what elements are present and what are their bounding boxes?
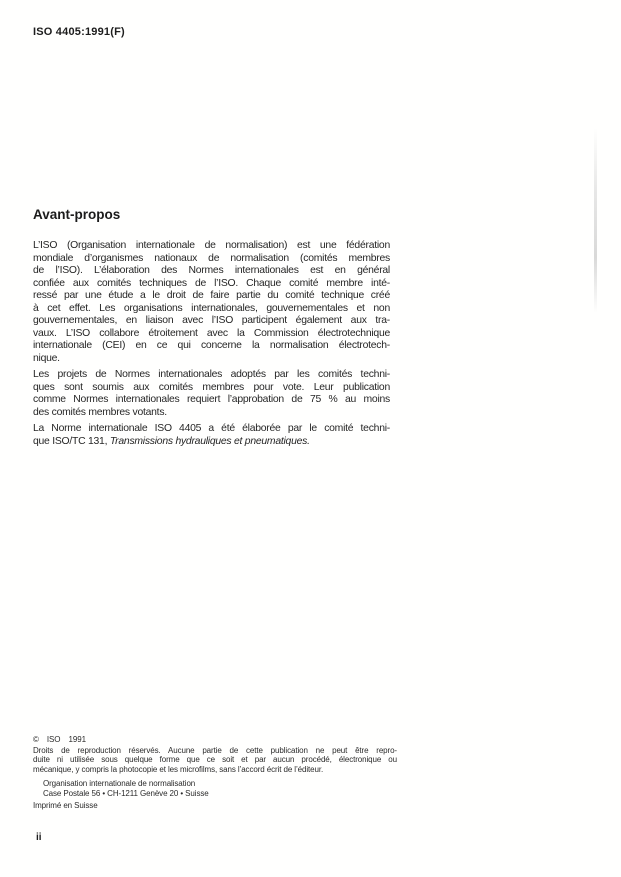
publisher-address: Case Postale 56 • CH-1211 Genève 20 • Su… [43,789,397,799]
text-line: confiée aux comités techniques de l’ISO.… [33,278,390,291]
text-line: La Norme internationale ISO 4405 a été é… [33,423,390,436]
text-line: vaux. L’ISO collabore étroitement avec l… [33,328,390,341]
text-line: à cet effet. Les organisations internati… [33,303,390,316]
text-line: Les projets de Normes internationales ad… [33,369,390,382]
rights-statement: Droits de reproduction réservés. Aucune … [33,746,397,775]
printed-in-statement: Imprimé en Suisse [33,801,397,811]
text-line: de l’ISO). L’élaboration des Normes inte… [33,265,390,278]
text-line: L’ISO (Organisation internationale de no… [33,240,390,253]
page-number: ii [36,832,42,843]
text-line: duite ni utilisée sous quelque forme que… [33,755,397,765]
text-line: que ISO/TC 131, Transmissions hydrauliqu… [33,436,390,449]
imprint-block: © ISO 1991 Droits de reproduction réserv… [33,735,397,811]
text-line: internationale (CEI) en ce qui concerne … [33,340,390,353]
document-page: ISO 4405:1991(F) Avant-propos L’ISO (Org… [0,0,621,877]
text-line: ques sont soumis aux comités membres pou… [33,382,390,395]
document-reference: ISO 4405:1991(F) [33,26,125,38]
text-line: ressé par une étude a le droit de faire … [33,290,390,303]
foreword-paragraph-1: L’ISO (Organisation internationale de no… [33,240,390,365]
text-line: des comités membres votants. [33,407,390,420]
committee-title-italic: Transmissions hydrauliques et pneumatiqu… [110,436,310,447]
text-line: gouvernementales, en liaison avec l’ISO … [33,315,390,328]
text-line: comme Normes internationales requiert l’… [33,394,390,407]
committee-reference: que ISO/TC 131, [33,436,110,447]
text-line: mécanique, y compris la photocopie et le… [33,765,397,775]
text-line: mondiale d’organismes nationaux de norma… [33,253,390,266]
foreword-paragraph-3: La Norme internationale ISO 4405 a été é… [33,423,390,448]
copyright-notice: © ISO 1991 [33,735,397,745]
publisher-block: Organisation internationale de normalisa… [33,779,397,798]
text-line: nique. [33,353,390,366]
text-line: Droits de reproduction réservés. Aucune … [33,746,397,756]
foreword-paragraph-2: Les projets de Normes internationales ad… [33,369,390,419]
publisher-name: Organisation internationale de normalisa… [43,779,397,789]
foreword-heading: Avant-propos [33,207,120,222]
scan-artifact-line [594,128,597,313]
